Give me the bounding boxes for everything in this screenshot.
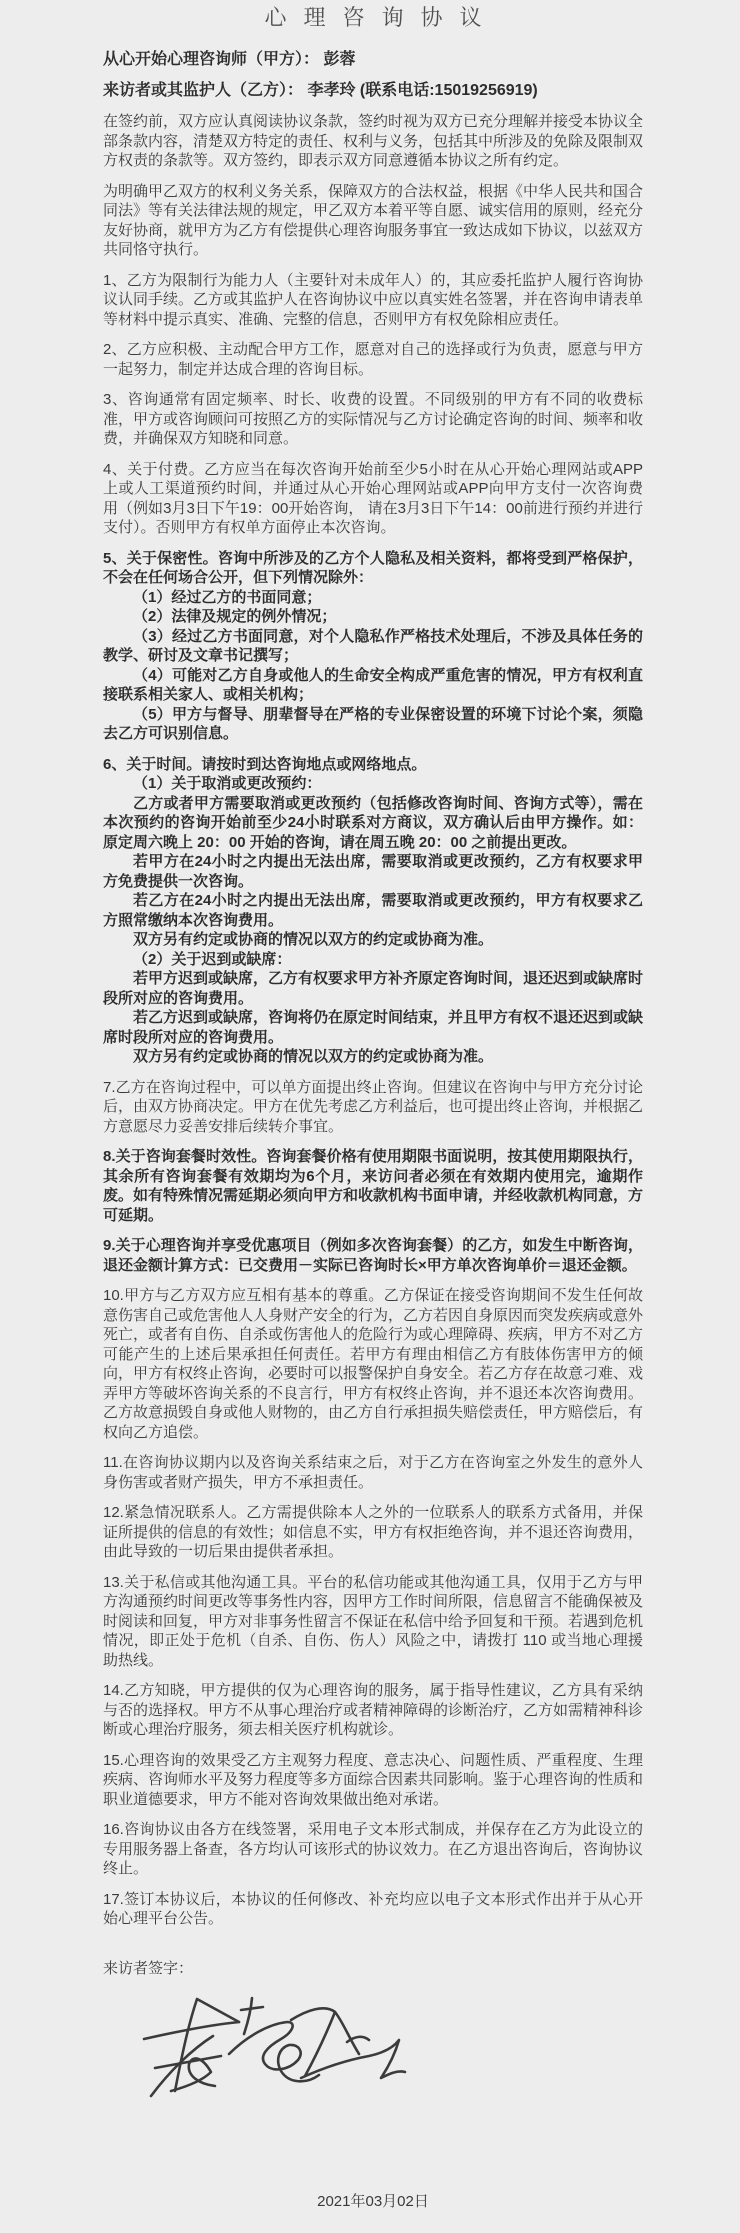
clause-line: （1）关于取消或更改预约：: [103, 774, 643, 794]
clause-line: 5、关于保密性。咨询中所涉及的乙方个人隐私及相关资料，都将受到严格保护，不会在任…: [103, 549, 643, 588]
clause-line: 14.乙方知晓，甲方提供的仅为心理咨询的服务，属于指导性建议，乙方具有采纳与否的…: [103, 1681, 643, 1740]
party-a-line: 从心开始心理咨询师（甲方）： 彭蓉: [103, 50, 643, 70]
clause: 16.咨询协议由各方在线签署，采用电子文本形式制成，并保存在乙方为此设立的专用服…: [103, 1820, 643, 1879]
clause: 10.甲方与乙方双方应互相有基本的尊重。乙方保证在接受咨询期间不发生任何故意伤害…: [103, 1286, 643, 1442]
clause-line: 若乙方迟到或缺席，咨询将仍在原定时间结束，并且甲方有权不退还迟到或缺席时段所对应…: [103, 1008, 643, 1047]
clause-line: 16.咨询协议由各方在线签署，采用电子文本形式制成，并保存在乙方为此设立的专用服…: [103, 1820, 643, 1879]
clause-line: 1、乙方为限制行为能力人（主要针对未成年人）的，其应委托监护人履行咨询协议认同手…: [103, 271, 643, 330]
clause-line: 11.在咨询协议期内以及咨询关系结束之后，对于乙方在咨询室之外发生的意外人身伤害…: [103, 1453, 643, 1492]
intro-paragraph: 在签约前，双方应认真阅读协议条款，签约时视为双方已充分理解并接受本协议全部条款内…: [103, 112, 643, 171]
clause-line: 若乙方在24小时之内提出无法出席，需要取消或更改预约，甲方有权要求乙方照常缴纳本…: [103, 891, 643, 930]
clause-line: 若甲方迟到或缺席，乙方有权要求甲方补齐原定咨询时间，退还迟到或缺席时段所对应的咨…: [103, 969, 643, 1008]
clause-line: 乙方或者甲方需要取消或更改预约（包括修改咨询时间、咨询方式等），需在本次预约的咨…: [103, 794, 643, 853]
intro-paragraphs: 在签约前，双方应认真阅读协议条款，签约时视为双方已充分理解并接受本协议全部条款内…: [103, 112, 643, 260]
clause-line: （2）法律及规定的例外情况；: [103, 607, 643, 627]
page-title: 心理咨询协议: [103, 6, 643, 30]
intro-paragraph: 为明确甲乙双方的权利义务关系，保障双方的合法权益，根据《中华人民共和国合同法》等…: [103, 182, 643, 260]
clause-line: 13.关于私信或其他沟通工具。平台的私信功能或其他沟通工具，仅用于乙方与甲方沟通…: [103, 1573, 643, 1671]
clause-line: 4、关于付费。乙方应当在每次咨询开始前至少5小时在从心开始心理网站或APP上或人…: [103, 460, 643, 538]
clause-line: （1）经过乙方的书面同意；: [103, 588, 643, 608]
clause-line: 17.签订本协议后，本协议的任何修改、补充均应以电子文本形式作出并于从心开始心理…: [103, 1890, 643, 1929]
clause-line: 15.心理咨询的效果受乙方主观努力程度、意志决心、问题性质、严重程度、生理疾病、…: [103, 1751, 643, 1810]
clause-line: 12.紧急情况联系人。乙方需提供除本人之外的一位联系人的联系方式备用，并保证所提…: [103, 1503, 643, 1562]
clause-line: （5）甲方与督导、朋辈督导在严格的专业保密设置的环境下讨论个案，须隐去乙方可识别…: [103, 705, 643, 744]
clause: 8.关于咨询套餐时效性。咨询套餐价格有使用期限书面说明，按其使用期限执行，其余所…: [103, 1147, 643, 1225]
clause-line: 双方另有约定或协商的情况以双方的约定或协商为准。: [103, 930, 643, 950]
clause-list: 1、乙方为限制行为能力人（主要针对未成年人）的，其应委托监护人履行咨询协议认同手…: [103, 271, 643, 1929]
clause-line: 6、关于时间。请按时到达咨询地点或网络地点。: [103, 755, 643, 775]
clause: 3、咨询通常有固定频率、时长、收费的设置。不同级别的甲方有不同的收费标准，甲方或…: [103, 390, 643, 449]
agreement-document: 心理咨询协议 从心开始心理咨询师（甲方）： 彭蓉 来访者或其监护人（乙方）： 李…: [0, 0, 740, 2233]
clause-line: 双方另有约定或协商的情况以双方的约定或协商为准。: [103, 1047, 643, 1067]
visitor-signature: [141, 1992, 413, 2110]
clause-line: 3、咨询通常有固定频率、时长、收费的设置。不同级别的甲方有不同的收费标准，甲方或…: [103, 390, 643, 449]
clause: 12.紧急情况联系人。乙方需提供除本人之外的一位联系人的联系方式备用，并保证所提…: [103, 1503, 643, 1562]
clause: 2、乙方应积极、主动配合甲方工作，愿意对自己的选择或行为负责，愿意与甲方一起努力…: [103, 340, 643, 379]
clause: 1、乙方为限制行为能力人（主要针对未成年人）的，其应委托监护人履行咨询协议认同手…: [103, 271, 643, 330]
clause-line: 若甲方在24小时之内提出无法出席，需要取消或更改预约，乙方有权要求甲方免费提供一…: [103, 852, 643, 891]
clause: 11.在咨询协议期内以及咨询关系结束之后，对于乙方在咨询室之外发生的意外人身伤害…: [103, 1453, 643, 1492]
clause: 17.签订本协议后，本协议的任何修改、补充均应以电子文本形式作出并于从心开始心理…: [103, 1890, 643, 1929]
clause-line: 10.甲方与乙方双方应互相有基本的尊重。乙方保证在接受咨询期间不发生任何故意伤害…: [103, 1286, 643, 1442]
clause-line: 7.乙方在咨询过程中，可以单方面提出终止咨询。但建议在咨询中与甲方充分讨论后，由…: [103, 1078, 643, 1137]
clause-line: 9.关于心理咨询并享受优惠项目（例如多次咨询套餐）的乙方，如发生中断咨询，退还金…: [103, 1236, 643, 1275]
clause: 5、关于保密性。咨询中所涉及的乙方个人隐私及相关资料，都将受到严格保护，不会在任…: [103, 549, 643, 744]
clause-line: （4）可能对乙方自身或他人的生命安全构成严重危害的情况，甲方有权利直接联系相关家…: [103, 666, 643, 705]
handwritten-signature-icon: [141, 1992, 413, 2110]
clause-line: 2、乙方应积极、主动配合甲方工作，愿意对自己的选择或行为负责，愿意与甲方一起努力…: [103, 340, 643, 379]
clause: 7.乙方在咨询过程中，可以单方面提出终止咨询。但建议在咨询中与甲方充分讨论后，由…: [103, 1078, 643, 1137]
clause: 13.关于私信或其他沟通工具。平台的私信功能或其他沟通工具，仅用于乙方与甲方沟通…: [103, 1573, 643, 1671]
signing-date: 2021年03月02日: [103, 2190, 643, 2211]
clause-line: 8.关于咨询套餐时效性。咨询套餐价格有使用期限书面说明，按其使用期限执行，其余所…: [103, 1147, 643, 1225]
signature-label: 来访者签字：: [103, 1959, 643, 1979]
clause-line: （2）关于迟到或缺席：: [103, 950, 643, 970]
clause: 14.乙方知晓，甲方提供的仅为心理咨询的服务，属于指导性建议，乙方具有采纳与否的…: [103, 1681, 643, 1740]
clause: 9.关于心理咨询并享受优惠项目（例如多次咨询套餐）的乙方，如发生中断咨询，退还金…: [103, 1236, 643, 1275]
clause: 6、关于时间。请按时到达咨询地点或网络地点。（1）关于取消或更改预约：乙方或者甲…: [103, 755, 643, 1067]
clause: 15.心理咨询的效果受乙方主观努力程度、意志决心、问题性质、严重程度、生理疾病、…: [103, 1751, 643, 1810]
clause: 4、关于付费。乙方应当在每次咨询开始前至少5小时在从心开始心理网站或APP上或人…: [103, 460, 643, 538]
party-b-line: 来访者或其监护人（乙方）： 李孝玲 (联系电话:15019256919): [103, 81, 643, 101]
clause-line: （3）经过乙方书面同意，对个人隐私作严格技术处理后，不涉及具体任务的教学、研讨及…: [103, 627, 643, 666]
